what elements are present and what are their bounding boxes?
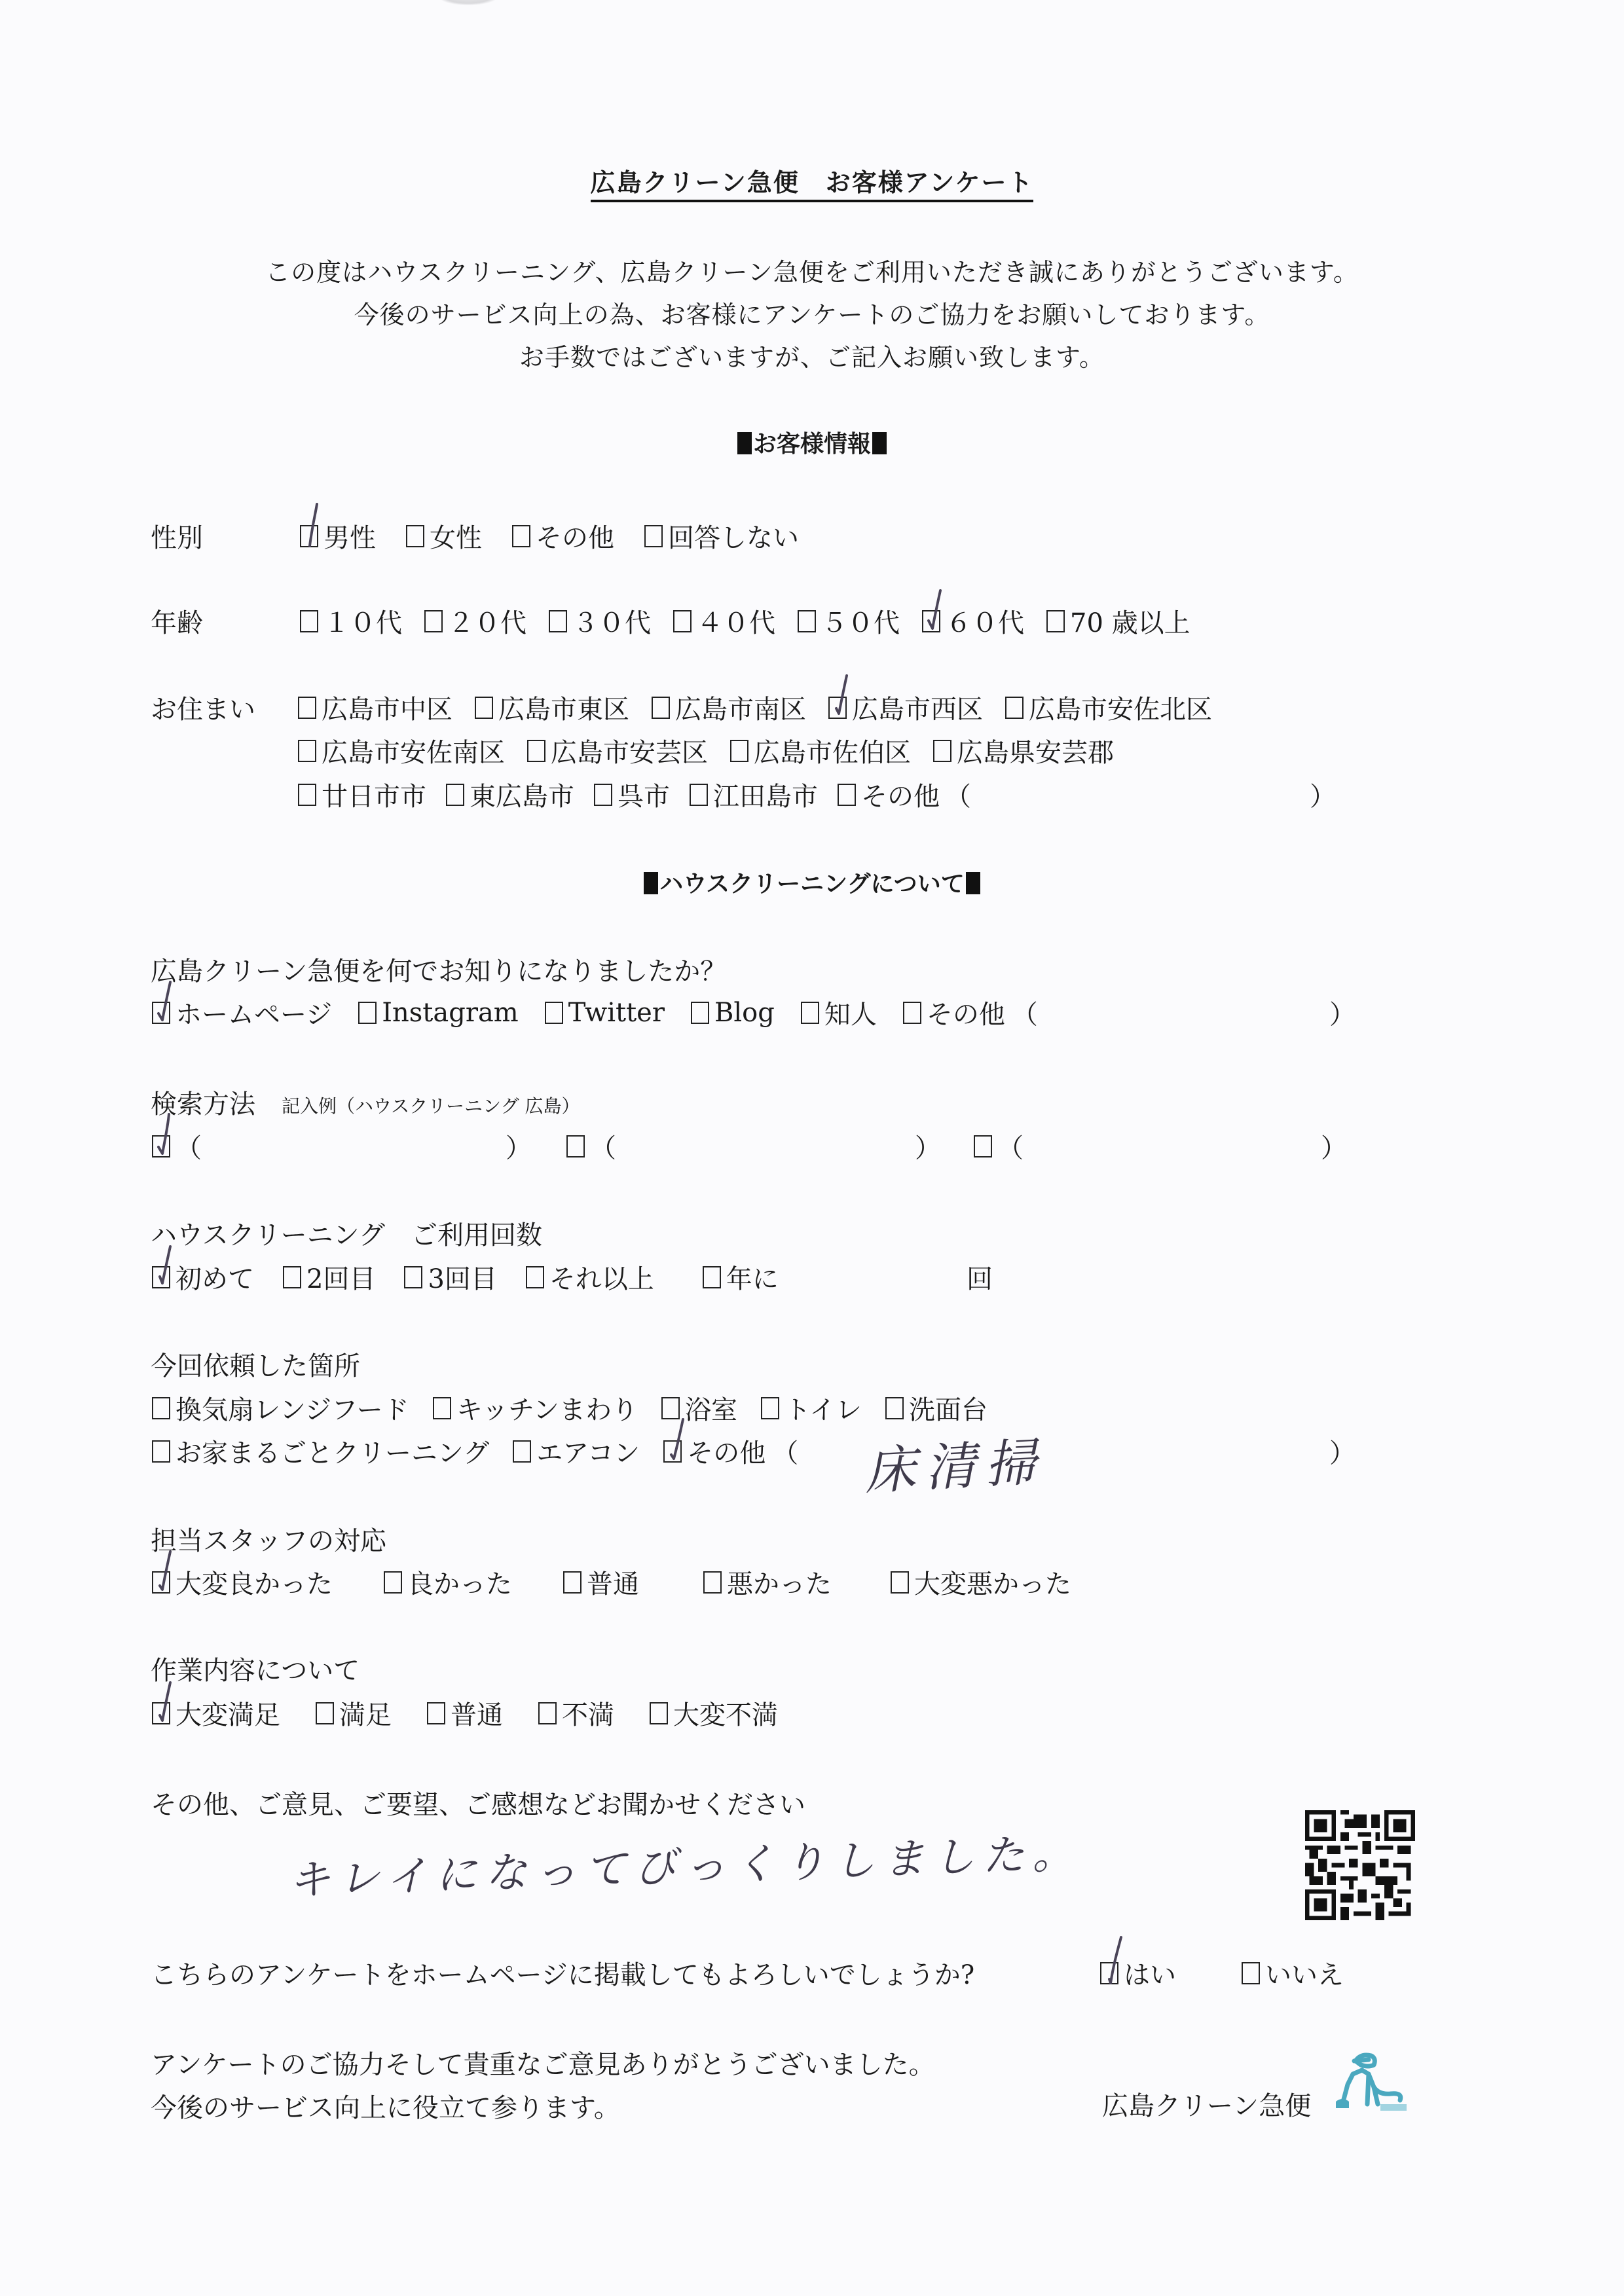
- source-options: ホームページ Instagram Twitter Blog 知人 その他（: [152, 994, 1038, 1031]
- checkbox[interactable]: [594, 784, 612, 806]
- search-field-1-close: ）: [506, 1127, 532, 1165]
- checkbox[interactable]: [527, 740, 545, 762]
- intro-line-2: 今後のサービス向上の為、お客様にアンケートのご協力をお願いしております。: [0, 295, 1624, 331]
- work-option-average[interactable]: 普通: [427, 1694, 503, 1732]
- checkbox[interactable]: [644, 525, 663, 547]
- age-options: １０代 ２０代 ３０代 ４０代 ５０代 ６０代 70 歳以上: [300, 602, 1190, 640]
- staff-option-very-good[interactable]: 大変良かった: [152, 1563, 333, 1601]
- usage-options: 初めて 2回目 3回目 それ以上 年に: [152, 1258, 779, 1296]
- checkbox[interactable]: [316, 1702, 334, 1724]
- residence-option-other[interactable]: その他（: [838, 776, 971, 813]
- search-field-3[interactable]: （: [974, 1127, 1024, 1165]
- age-option-40s[interactable]: ４０代: [673, 602, 775, 640]
- residence-option-akigun[interactable]: 広島県安芸郡: [933, 732, 1114, 769]
- checkbox[interactable]: [650, 1702, 668, 1724]
- search-field-2-close: ）: [915, 1127, 941, 1165]
- search-field-1[interactable]: （: [152, 1127, 202, 1165]
- checkbox[interactable]: [703, 1266, 721, 1288]
- residence-option-minami[interactable]: 広島市南区: [652, 689, 806, 726]
- usage-option-per-year[interactable]: 年に: [703, 1258, 779, 1296]
- checkbox[interactable]: [298, 697, 316, 719]
- gender-options: 男性 女性 その他 回答しない: [300, 517, 799, 555]
- checkbox[interactable]: [885, 1397, 904, 1419]
- checkbox[interactable]: [563, 1571, 581, 1594]
- checkbox[interactable]: [798, 610, 816, 632]
- checkbox[interactable]: [384, 1571, 402, 1594]
- checkbox[interactable]: [475, 697, 493, 719]
- section-heading-customer: お客様情報: [0, 426, 1624, 459]
- checkbox[interactable]: [545, 1002, 563, 1024]
- residence-row-3: 廿日市市 東広島市 呉市 江田島市 その他（: [298, 776, 971, 813]
- areas-row-1: 換気扇レンジフード キッチンまわり 浴室 トイレ 洗面台: [152, 1389, 987, 1427]
- checkbox[interactable]: [1242, 1962, 1260, 1984]
- areas-question: 今回依頼した箇所: [151, 1345, 360, 1383]
- checkbox[interactable]: [538, 1702, 557, 1724]
- checkbox[interactable]: [427, 1702, 445, 1724]
- checkbox[interactable]: [283, 1266, 301, 1288]
- page-title: 広島クリーン急便 お客様アンケート: [0, 162, 1624, 198]
- area-option-range-hood[interactable]: 換気扇レンジフード: [152, 1389, 409, 1427]
- checkbox[interactable]: [903, 1002, 921, 1024]
- staff-options: 大変良かった 良かった 普通 悪かった 大変悪かった: [152, 1563, 1071, 1601]
- residence-option-etajima[interactable]: 江田島市: [690, 776, 818, 813]
- source-other-close-paren: ）: [1329, 994, 1356, 1031]
- checkbox[interactable]: [691, 1002, 709, 1024]
- residence-option-hatsukaichi[interactable]: 廿日市市: [298, 776, 426, 813]
- area-other-input[interactable]: 床清掃: [862, 1421, 1046, 1504]
- area-option-bathroom[interactable]: 浴室: [661, 1389, 737, 1427]
- search-field-2[interactable]: （: [566, 1127, 616, 1165]
- residence-option-asaminami[interactable]: 広島市安佐南区: [298, 732, 505, 769]
- publish-options: はい いいえ: [1100, 1954, 1344, 1992]
- checkbox[interactable]: [152, 1571, 170, 1594]
- residence-option-higashihiroshima[interactable]: 東広島市: [446, 776, 574, 813]
- checkbox[interactable]: [1100, 1962, 1118, 1984]
- checkbox[interactable]: [828, 697, 847, 719]
- residence-option-higashi[interactable]: 広島市東区: [475, 689, 629, 726]
- residence-option-kure[interactable]: 呉市: [594, 776, 670, 813]
- publish-option-no[interactable]: いいえ: [1242, 1954, 1344, 1992]
- checkbox[interactable]: [933, 740, 951, 762]
- residence-option-naka[interactable]: 広島市中区: [298, 689, 452, 726]
- usage-option-second[interactable]: 2回目: [283, 1258, 375, 1296]
- source-option-acquaintance[interactable]: 知人: [801, 994, 877, 1031]
- checkbox[interactable]: [298, 740, 316, 762]
- heading-square-right: [966, 872, 980, 894]
- areas-row-2: お家まるごとクリーニング エアコン その他（: [152, 1432, 798, 1470]
- area-option-other[interactable]: その他（: [663, 1432, 798, 1470]
- staff-option-very-bad[interactable]: 大変悪かった: [891, 1563, 1071, 1601]
- work-option-very-dissatisfied[interactable]: 大変不満: [650, 1694, 778, 1732]
- checkbox[interactable]: [152, 1135, 170, 1157]
- section-heading-cleaning: ハウスクリーニングについて: [0, 866, 1624, 899]
- area-other-close-paren: ）: [1329, 1432, 1356, 1470]
- age-option-30s[interactable]: ３０代: [549, 602, 651, 640]
- residence-option-nishi[interactable]: 広島市西区: [828, 689, 983, 726]
- punch-hole-shadow: [439, 0, 498, 5]
- usage-per-year-suffix: 回: [967, 1258, 993, 1296]
- checkbox[interactable]: [152, 1397, 170, 1419]
- area-option-washbasin[interactable]: 洗面台: [885, 1389, 987, 1427]
- usage-option-third[interactable]: 3回目: [404, 1258, 496, 1296]
- qr-code-icon: [1305, 1810, 1415, 1920]
- residence-option-asakita[interactable]: 広島市安佐北区: [1005, 689, 1212, 726]
- gender-option-no-answer[interactable]: 回答しない: [644, 517, 799, 555]
- checkbox[interactable]: [358, 1002, 377, 1024]
- checkbox[interactable]: [513, 1440, 531, 1463]
- usage-option-more[interactable]: それ以上: [526, 1258, 654, 1296]
- area-option-kitchen[interactable]: キッチンまわり: [433, 1389, 638, 1427]
- residence-option-aki[interactable]: 広島市安芸区: [527, 732, 708, 769]
- intro-line-1: この度はハウスクリーニング、広島クリーン急便をご利用いただき誠にありがとうござい…: [0, 252, 1624, 288]
- search-fields: （ ） （ ） （ ）: [152, 1127, 1344, 1160]
- age-option-50s[interactable]: ５０代: [798, 602, 900, 640]
- work-option-dissatisfied[interactable]: 不満: [538, 1694, 614, 1732]
- checkbox[interactable]: [298, 784, 316, 806]
- work-option-very-satisfied[interactable]: 大変満足: [152, 1694, 280, 1732]
- residence-row-1: 広島市中区 広島市東区 広島市南区 広島市西区 広島市安佐北区: [298, 689, 1212, 726]
- area-option-aircon[interactable]: エアコン: [513, 1432, 640, 1470]
- checkbox[interactable]: [1046, 610, 1065, 632]
- gender-option-other[interactable]: その他: [512, 517, 614, 555]
- checkbox[interactable]: [974, 1135, 992, 1157]
- checkbox[interactable]: [512, 525, 530, 547]
- comments-input[interactable]: キレイになってびっくりしました。: [287, 1819, 1083, 1907]
- checkbox[interactable]: [404, 1266, 422, 1288]
- checkbox[interactable]: [761, 1397, 779, 1419]
- source-option-homepage[interactable]: ホームページ: [152, 994, 332, 1031]
- closing-line-1: アンケートのご協力そして貴重なご意見ありがとうございました。: [151, 2044, 935, 2081]
- age-option-70plus[interactable]: 70 歳以上: [1046, 602, 1190, 640]
- age-option-20s[interactable]: ２０代: [424, 602, 526, 640]
- heading-square-right: [872, 432, 887, 454]
- checkbox[interactable]: [801, 1002, 819, 1024]
- checkbox[interactable]: [152, 1266, 170, 1288]
- checkbox[interactable]: [673, 610, 692, 632]
- source-question: 広島クリーン急便を何でお知りになりましたか？: [151, 951, 726, 988]
- checkbox[interactable]: [661, 1397, 680, 1419]
- heading-square-left: [644, 872, 658, 894]
- work-question: 作業内容について: [151, 1650, 360, 1687]
- residence-row-2: 広島市安佐南区 広島市安芸区 広島市佐伯区 広島県安芸郡: [298, 732, 1114, 769]
- checkbox[interactable]: [1005, 697, 1024, 719]
- checkbox[interactable]: [730, 740, 748, 762]
- gender-option-female[interactable]: 女性: [406, 517, 482, 555]
- comments-question: その他、ご意見、ご要望、ご感想などお聞かせください: [151, 1784, 805, 1821]
- usage-question: ハウスクリーニング ご利用回数: [151, 1214, 542, 1252]
- area-option-toilet[interactable]: トイレ: [761, 1389, 862, 1427]
- search-question: 検索方法: [151, 1084, 255, 1121]
- staff-option-good[interactable]: 良かった: [384, 1563, 512, 1601]
- residence-label: お住まい: [151, 689, 255, 726]
- checkbox[interactable]: [152, 1440, 170, 1463]
- checkbox[interactable]: [433, 1397, 451, 1419]
- area-option-whole-house[interactable]: お家まるごとクリーニング: [152, 1432, 489, 1470]
- checkbox[interactable]: [663, 1440, 682, 1463]
- search-field-3-close: ）: [1321, 1127, 1347, 1165]
- age-option-10s[interactable]: １０代: [300, 602, 402, 640]
- checkbox[interactable]: [300, 525, 318, 547]
- age-option-60s[interactable]: ６０代: [922, 602, 1024, 640]
- staff-question: 担当スタッフの対応: [151, 1520, 386, 1558]
- checkbox[interactable]: [526, 1266, 544, 1288]
- checkbox[interactable]: [922, 610, 940, 632]
- checkbox[interactable]: [838, 784, 856, 806]
- checkbox[interactable]: [406, 525, 424, 547]
- checkbox[interactable]: [690, 784, 708, 806]
- publish-question: こちらのアンケートをホームページに掲載してもよろしいでしょうか?: [151, 1954, 974, 1992]
- work-options: 大変満足 満足 普通 不満 大変不満: [152, 1694, 778, 1732]
- age-label: 年齢: [151, 602, 203, 640]
- residence-other-close-paren: ）: [1310, 776, 1336, 813]
- vacuum-cleaner-worker-icon: [1328, 2041, 1413, 2113]
- brand-name: 広島クリーン急便: [1102, 2085, 1311, 2123]
- staff-option-bad[interactable]: 悪かった: [703, 1563, 832, 1601]
- residence-option-saeki[interactable]: 広島市佐伯区: [730, 732, 911, 769]
- checkbox[interactable]: [891, 1571, 909, 1594]
- intro-line-3: お手数ではございますが、ご記入お願い致します。: [0, 337, 1624, 373]
- checkbox[interactable]: [152, 1702, 170, 1724]
- publish-option-yes[interactable]: はい: [1100, 1954, 1176, 1992]
- work-option-satisfied[interactable]: 満足: [316, 1694, 392, 1732]
- checkbox[interactable]: [703, 1571, 722, 1594]
- heading-square-left: [737, 432, 752, 454]
- staff-option-average[interactable]: 普通: [563, 1563, 639, 1601]
- source-option-blog[interactable]: Blog: [691, 994, 775, 1031]
- checkbox[interactable]: [652, 697, 670, 719]
- source-option-instagram[interactable]: Instagram: [358, 994, 519, 1031]
- source-option-other[interactable]: その他（: [903, 994, 1038, 1031]
- closing-line-2: 今後のサービス向上に役立て参ります。: [151, 2087, 620, 2124]
- search-example: 記入例（ハウスクリーニング 広島）: [282, 1092, 580, 1118]
- checkbox[interactable]: [446, 784, 464, 806]
- gender-label: 性別: [151, 517, 203, 555]
- checkbox[interactable]: [566, 1135, 585, 1157]
- checkbox[interactable]: [300, 610, 318, 632]
- usage-option-first[interactable]: 初めて: [152, 1258, 254, 1296]
- checkbox[interactable]: [424, 610, 443, 632]
- gender-option-male[interactable]: 男性: [300, 517, 376, 555]
- checkbox[interactable]: [549, 610, 567, 632]
- checkbox[interactable]: [152, 1002, 170, 1024]
- source-option-twitter[interactable]: Twitter: [545, 994, 665, 1031]
